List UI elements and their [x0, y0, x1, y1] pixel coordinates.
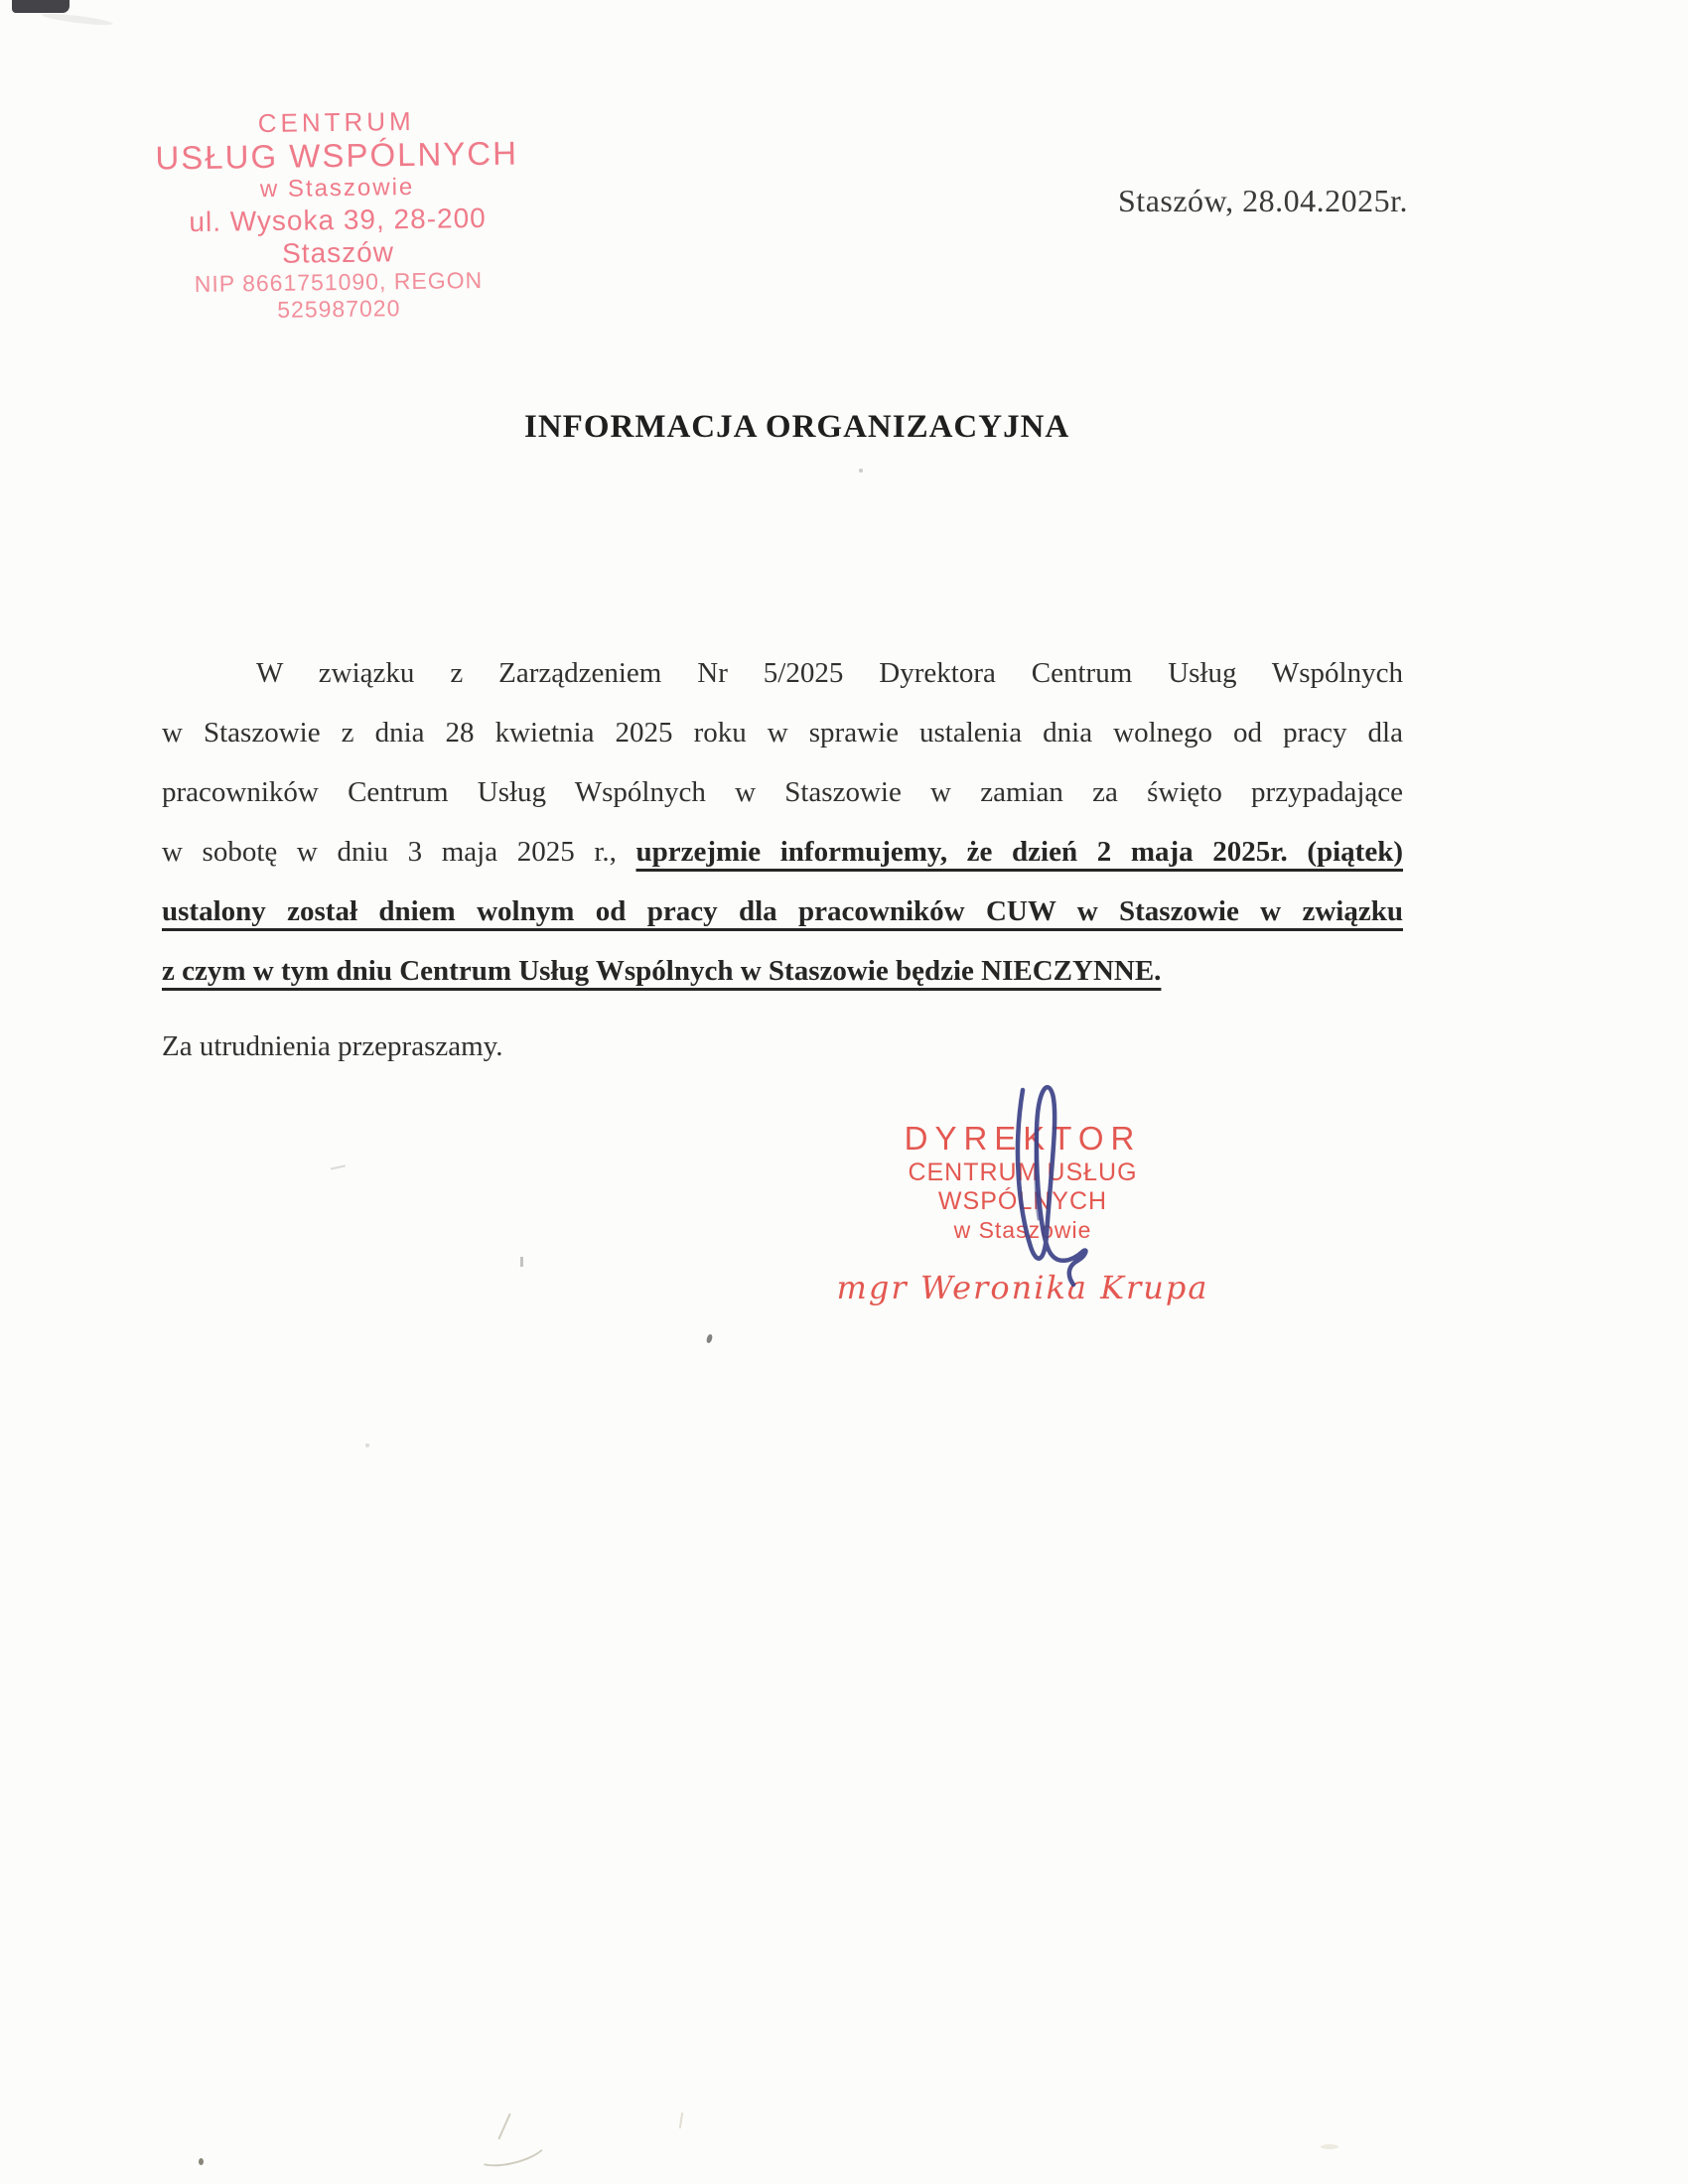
- body-text: pracowników Centrum Usług Wspólnych w St…: [162, 776, 1403, 808]
- org-address: ul. Wysoka 39, 28-200 Staszów: [146, 203, 530, 272]
- scanned-letter-page: CENTRUM USŁUG WSPÓLNYCH w Staszowie ul. …: [0, 0, 1688, 2184]
- scan-speck: [365, 1443, 369, 1447]
- body-text: W związku z Zarządzeniem Nr 5/2025 Dyrek…: [256, 657, 1403, 689]
- body-line: W związku z Zarządzeniem Nr 5/2025 Dyrek…: [162, 643, 1403, 703]
- emphasized-text: uprzejmie informujemy, że dzień 2 maja 2…: [636, 836, 1404, 868]
- scan-smudge: [473, 2127, 551, 2172]
- body-line: z czym w tym dniu Centrum Usług Wspólnyc…: [162, 941, 1403, 1001]
- body-line: ustalony został dniem wolnym od pracy dl…: [162, 882, 1403, 941]
- document-title: INFORMACJA ORGANIZACYJNA: [524, 409, 1069, 446]
- emphasized-text: z czym w tym dniu Centrum Usług Wspólnyc…: [162, 955, 1161, 987]
- body-text: w sobotę w dniu 3 maja 2025 r.,: [162, 836, 636, 868]
- body-line: pracowników Centrum Usług Wspólnych w St…: [162, 762, 1403, 822]
- scan-speck: [859, 469, 863, 473]
- scan-smudge: [199, 2158, 204, 2165]
- body-paragraph: W związku z Zarządzeniem Nr 5/2025 Dyrek…: [162, 643, 1403, 1076]
- body-lines-container: W związku z Zarządzeniem Nr 5/2025 Dyrek…: [162, 643, 1403, 1001]
- scan-speck: [329, 1157, 346, 1170]
- emphasized-text: ustalony został dniem wolnym od pracy dl…: [162, 895, 1403, 927]
- scan-artifact-streak: [42, 12, 113, 28]
- org-header-stamp: CENTRUM USŁUG WSPÓLNYCH w Staszowie ul. …: [145, 104, 531, 325]
- closing-line: Za utrudnienia przepraszamy.: [162, 1017, 1403, 1076]
- body-line: w Staszowie z dnia 28 kwietnia 2025 roku…: [162, 703, 1403, 762]
- org-name-line2: USŁUG WSPÓLNYCH: [145, 134, 528, 178]
- scan-artifact-corner: [12, 0, 70, 13]
- handwritten-signature-ink: [991, 1080, 1100, 1294]
- scan-smudge: [679, 2113, 683, 2128]
- body-text: w Staszowie z dnia 28 kwietnia 2025 roku…: [162, 717, 1403, 749]
- scan-speck: [706, 1333, 714, 1343]
- org-nip-regon: NIP 8661751090, REGON 525987020: [147, 266, 531, 325]
- org-place: w Staszowie: [145, 173, 528, 205]
- scan-speck: [520, 1257, 523, 1267]
- date-line: Staszów, 28.04.2025r.: [1118, 183, 1408, 219]
- scan-smudge: [1321, 2144, 1338, 2149]
- scan-smudge: [497, 2114, 510, 2139]
- body-line: w sobotę w dniu 3 maja 2025 r., uprzejmi…: [162, 822, 1403, 882]
